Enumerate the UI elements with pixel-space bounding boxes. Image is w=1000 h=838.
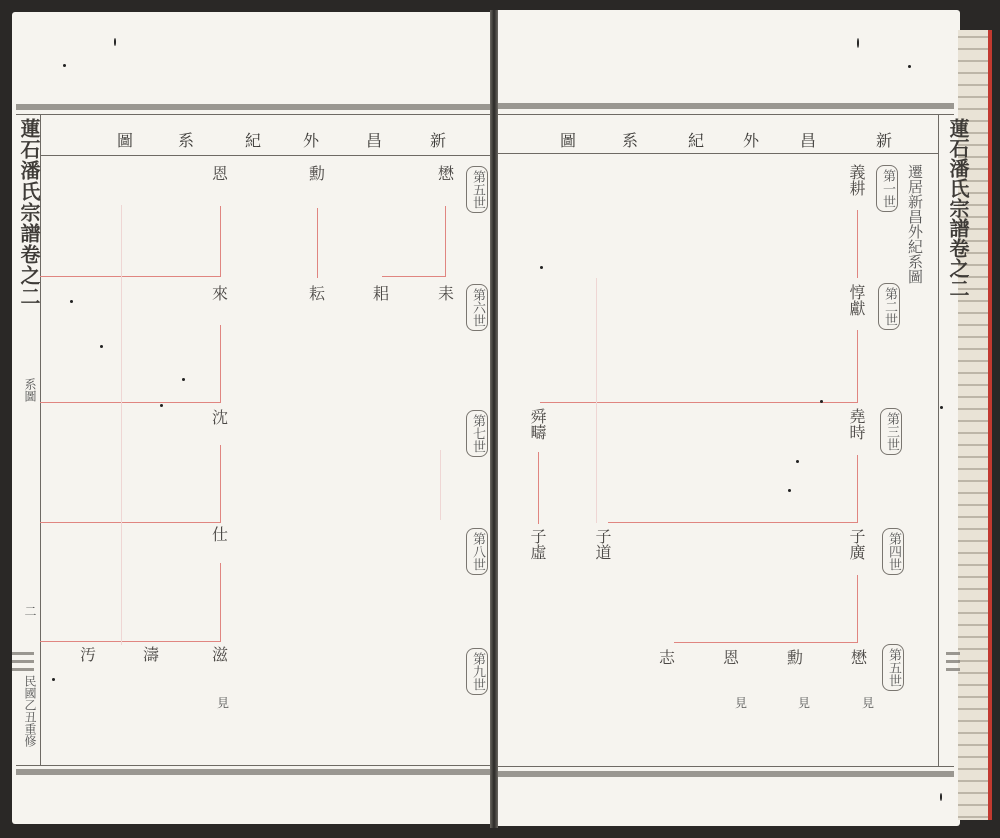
bottom-border-right: [498, 771, 954, 777]
top-border-right: [498, 103, 954, 109]
person-name: 耜: [372, 284, 390, 304]
person-name: 沈: [211, 408, 229, 428]
person-name: 懋: [437, 164, 455, 184]
lineage-line: [857, 210, 858, 278]
person-name: 惇獻: [848, 284, 866, 316]
lineage-line: [40, 522, 221, 523]
header-char: 紀: [245, 128, 261, 151]
ink-speck: [182, 378, 185, 381]
lineage-line: [220, 563, 221, 641]
person-name: 子廣: [848, 528, 866, 560]
person-name: 耒: [437, 284, 455, 304]
ink-speck: [52, 678, 55, 681]
person-name: 懋: [850, 648, 868, 668]
person-name: 恩: [211, 164, 229, 184]
right-margin-line: [938, 114, 939, 766]
generation-label: 第六世: [466, 284, 488, 331]
top-inner-right: [498, 114, 954, 115]
faint-line: [121, 205, 122, 645]
lineage-line: [220, 445, 221, 522]
left-edition-note: 民國乙丑重修: [22, 675, 39, 747]
header-char: 新: [430, 128, 446, 151]
header-char: 昌: [366, 128, 382, 151]
ink-speck: [160, 404, 163, 407]
person-name: 恩: [722, 648, 740, 668]
generation-label: 第五世: [882, 644, 904, 691]
lineage-line: [40, 641, 221, 642]
generation-label: 第四世: [882, 528, 904, 575]
lineage-line: [445, 206, 446, 276]
left-spine-section: 系圖: [22, 378, 39, 402]
lineage-line: [538, 452, 539, 524]
header-rule-right: [498, 153, 938, 154]
person-name: 堯時: [848, 408, 866, 440]
ink-speck: [114, 38, 116, 46]
lineage-line: [857, 575, 858, 643]
header-rule-left: [40, 155, 490, 156]
person-name: 志: [658, 648, 676, 668]
person-name: 耘: [308, 284, 326, 304]
top-inner-left: [16, 114, 490, 115]
header-char: 新: [876, 128, 892, 151]
lineage-line: [540, 402, 858, 403]
generation-label: 第八世: [466, 528, 488, 575]
fishtail-mark: [12, 668, 34, 671]
lineage-line: [220, 206, 221, 276]
bottom-inner-right: [498, 766, 954, 767]
header-char: 系: [622, 128, 638, 151]
fishtail-mark: [12, 652, 34, 655]
lineage-line: [857, 330, 858, 402]
generation-label: 第二世: [878, 283, 900, 330]
lineage-line: [674, 642, 858, 643]
left-spine-title: 蓮石潘氏宗譜卷之二: [15, 118, 44, 307]
ink-speck: [100, 345, 103, 348]
generation-label: 第三世: [880, 408, 902, 455]
person-name: 子道: [594, 528, 612, 560]
ink-speck: [70, 300, 73, 303]
ink-speck: [908, 65, 911, 68]
person-name: 汚: [79, 645, 97, 665]
ink-speck: [796, 460, 799, 463]
header-char: 圖: [117, 128, 133, 151]
see-mark: 見: [217, 694, 229, 711]
person-name: 濤: [142, 645, 160, 665]
person-name: 子虛: [529, 528, 547, 560]
person-name: 滋: [211, 645, 229, 665]
see-mark: 見: [798, 694, 810, 711]
fishtail-mark: [12, 660, 34, 663]
ink-speck: [820, 400, 823, 403]
person-name: 舜疇: [529, 408, 547, 440]
header-char: 圖: [560, 128, 576, 151]
header-char: 昌: [800, 128, 816, 151]
fishtail-mark: [946, 668, 960, 671]
ink-speck: [540, 266, 543, 269]
intro-note: 遷居新昌外紀系圖: [906, 164, 924, 284]
generation-label: 第五世: [466, 166, 488, 213]
see-mark: 見: [735, 694, 747, 711]
left-page-number: 二: [22, 605, 39, 617]
lineage-line: [857, 455, 858, 523]
person-name: 仕: [211, 525, 229, 545]
bottom-border-left: [16, 769, 490, 775]
top-border-left: [16, 104, 490, 110]
lineage-line: [220, 325, 221, 403]
lineage-line: [317, 208, 318, 278]
ink-speck: [63, 64, 66, 67]
person-name: 勳: [786, 648, 804, 668]
lineage-line: [382, 276, 446, 277]
faint-line: [596, 278, 597, 523]
lineage-line: [40, 402, 221, 403]
see-mark: 見: [862, 694, 874, 711]
person-name: 義耕: [848, 164, 866, 196]
bottom-inner-left: [16, 765, 490, 766]
right-spine-title: 蓮石潘氏宗譜卷之二: [944, 118, 973, 298]
person-name: 來: [211, 284, 229, 304]
generation-label: 第一世: [876, 165, 898, 212]
ink-speck: [857, 38, 859, 48]
lineage-line: [40, 276, 221, 277]
header-char: 紀: [688, 128, 704, 151]
generation-label: 第九世: [466, 648, 488, 695]
fishtail-mark: [946, 652, 960, 655]
ink-speck: [788, 489, 791, 492]
generation-label: 第七世: [466, 410, 488, 457]
lineage-line: [608, 522, 858, 523]
fishtail-mark: [946, 660, 960, 663]
header-char: 系: [178, 128, 194, 151]
header-char: 外: [303, 128, 319, 151]
ink-speck: [940, 406, 943, 409]
faint-line: [440, 450, 441, 520]
header-char: 外: [743, 128, 759, 151]
person-name: 勳: [308, 164, 326, 184]
book-gutter: [490, 10, 498, 828]
ink-speck: [940, 793, 942, 801]
